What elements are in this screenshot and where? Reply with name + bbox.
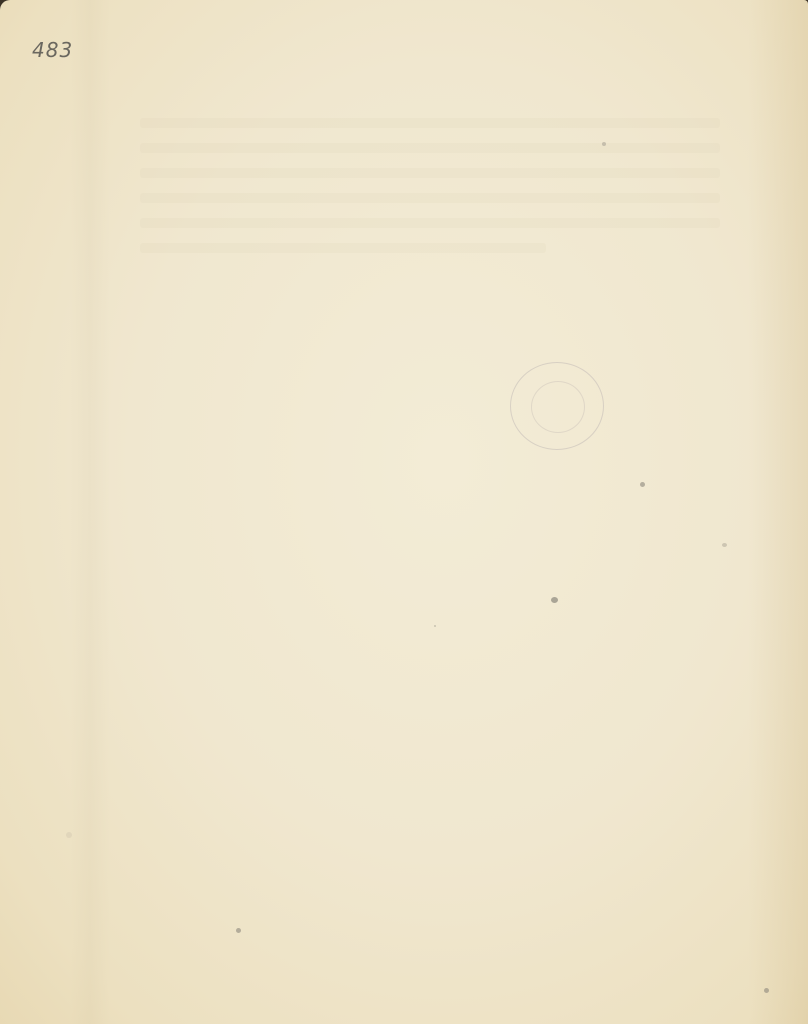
scanned-page: 483 (0, 0, 808, 1024)
paper-speck (640, 482, 645, 487)
library-stamp-icon (510, 362, 604, 450)
paper-speck (551, 597, 558, 603)
paper-speck (764, 988, 769, 993)
bleed-line (140, 193, 720, 203)
handwritten-page-number: 483 (32, 38, 73, 62)
paper-speck (602, 142, 606, 146)
page-gutter-shadow (70, 0, 110, 1024)
stamp-inner-ring (531, 381, 585, 433)
bleed-line (140, 168, 720, 178)
paper-speck (434, 625, 436, 627)
bleed-line (140, 243, 546, 253)
paper-speck (236, 928, 241, 933)
bleed-line (140, 143, 720, 153)
bleed-line (140, 118, 720, 128)
page-edge-discoloration (748, 0, 808, 1024)
bleed-through-text (140, 118, 720, 268)
paper-speck (722, 543, 727, 547)
paper-speck (66, 832, 72, 838)
bleed-line (140, 218, 720, 228)
